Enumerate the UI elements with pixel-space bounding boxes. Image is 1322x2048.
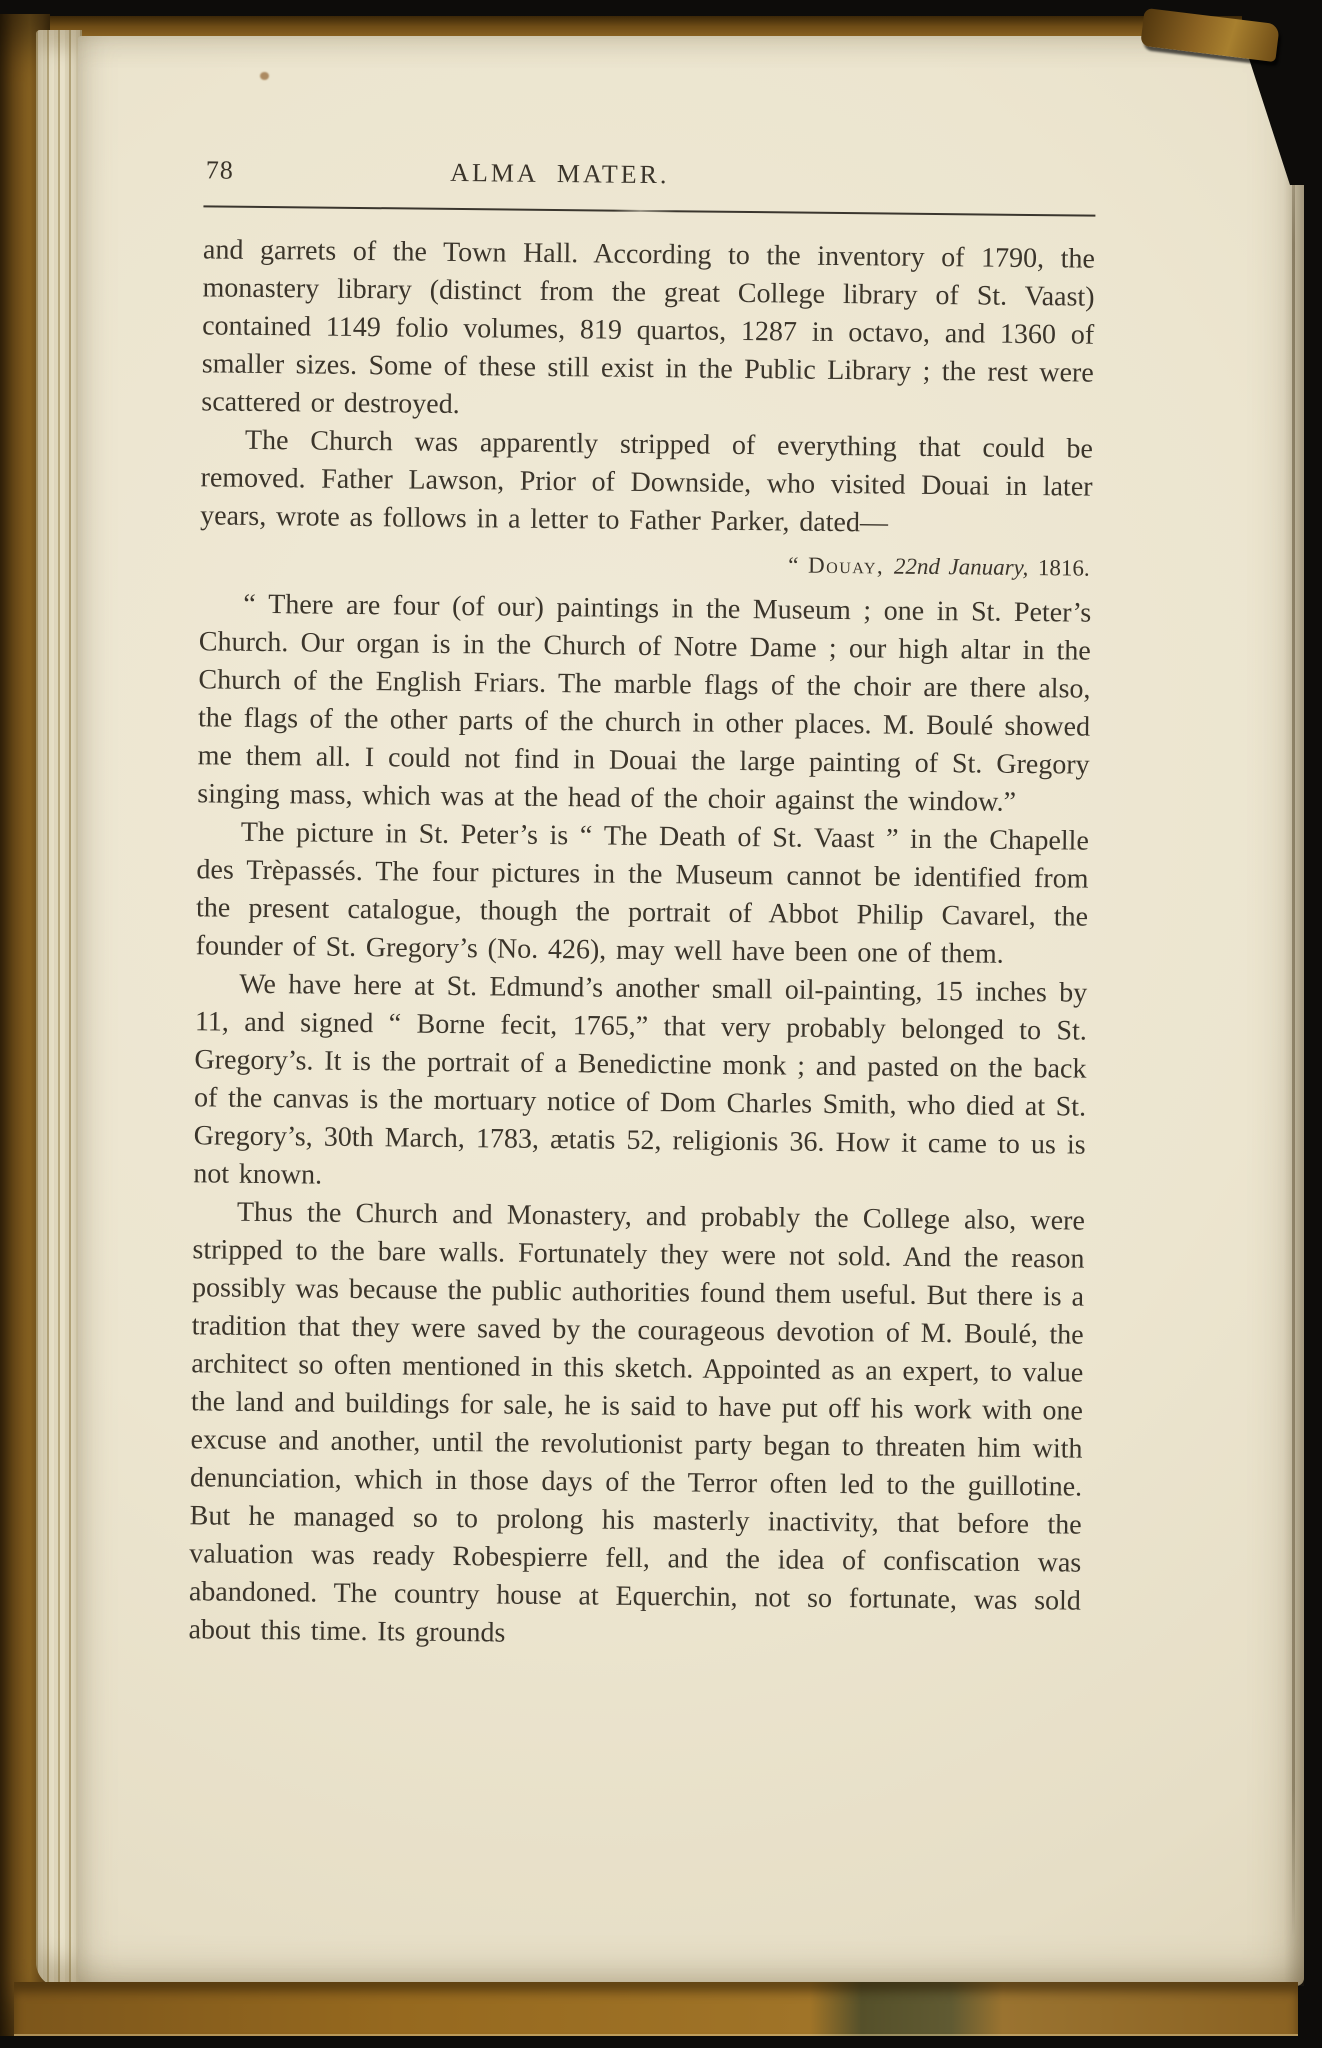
page-header: 78 ALMA MATER.: [204, 151, 1096, 198]
book-page: 78 ALMA MATER. and garrets of the Town H…: [78, 36, 1304, 1986]
printed-text-block: 78 ALMA MATER. and garrets of the Town H…: [188, 151, 1096, 1658]
paragraph-confiscation: Thus the Church and Monastery, and proba…: [188, 1193, 1085, 1658]
paragraph-church-stripped: The Church was apparently stripped of ev…: [200, 421, 1093, 544]
dateline-place: Douay,: [808, 553, 884, 579]
letter-dateline: “Douay,22nd January,1816.: [200, 543, 1090, 584]
book-cover-bottom-edge: [14, 1982, 1298, 2036]
dateline-date: 22nd January,: [894, 554, 1029, 580]
header-rule: [203, 205, 1095, 216]
paper-speck: [260, 72, 269, 80]
page-edges-stack: [36, 30, 82, 1988]
paragraph-town-hall: and garrets of the Town Hall. According …: [201, 231, 1095, 430]
paragraph-letter-quote: “ There are four (of our) paintings in t…: [197, 585, 1091, 822]
paragraph-st-peters: The picture in St. Peter’s is “ The Deat…: [196, 813, 1090, 974]
running-head: ALMA MATER.: [114, 150, 1006, 197]
dateline-year: 1816.: [1038, 555, 1090, 581]
dateline-open-quote: “: [788, 552, 798, 577]
paragraph-st-edmunds: We have here at St. Edmund’s another sma…: [193, 965, 1087, 1202]
